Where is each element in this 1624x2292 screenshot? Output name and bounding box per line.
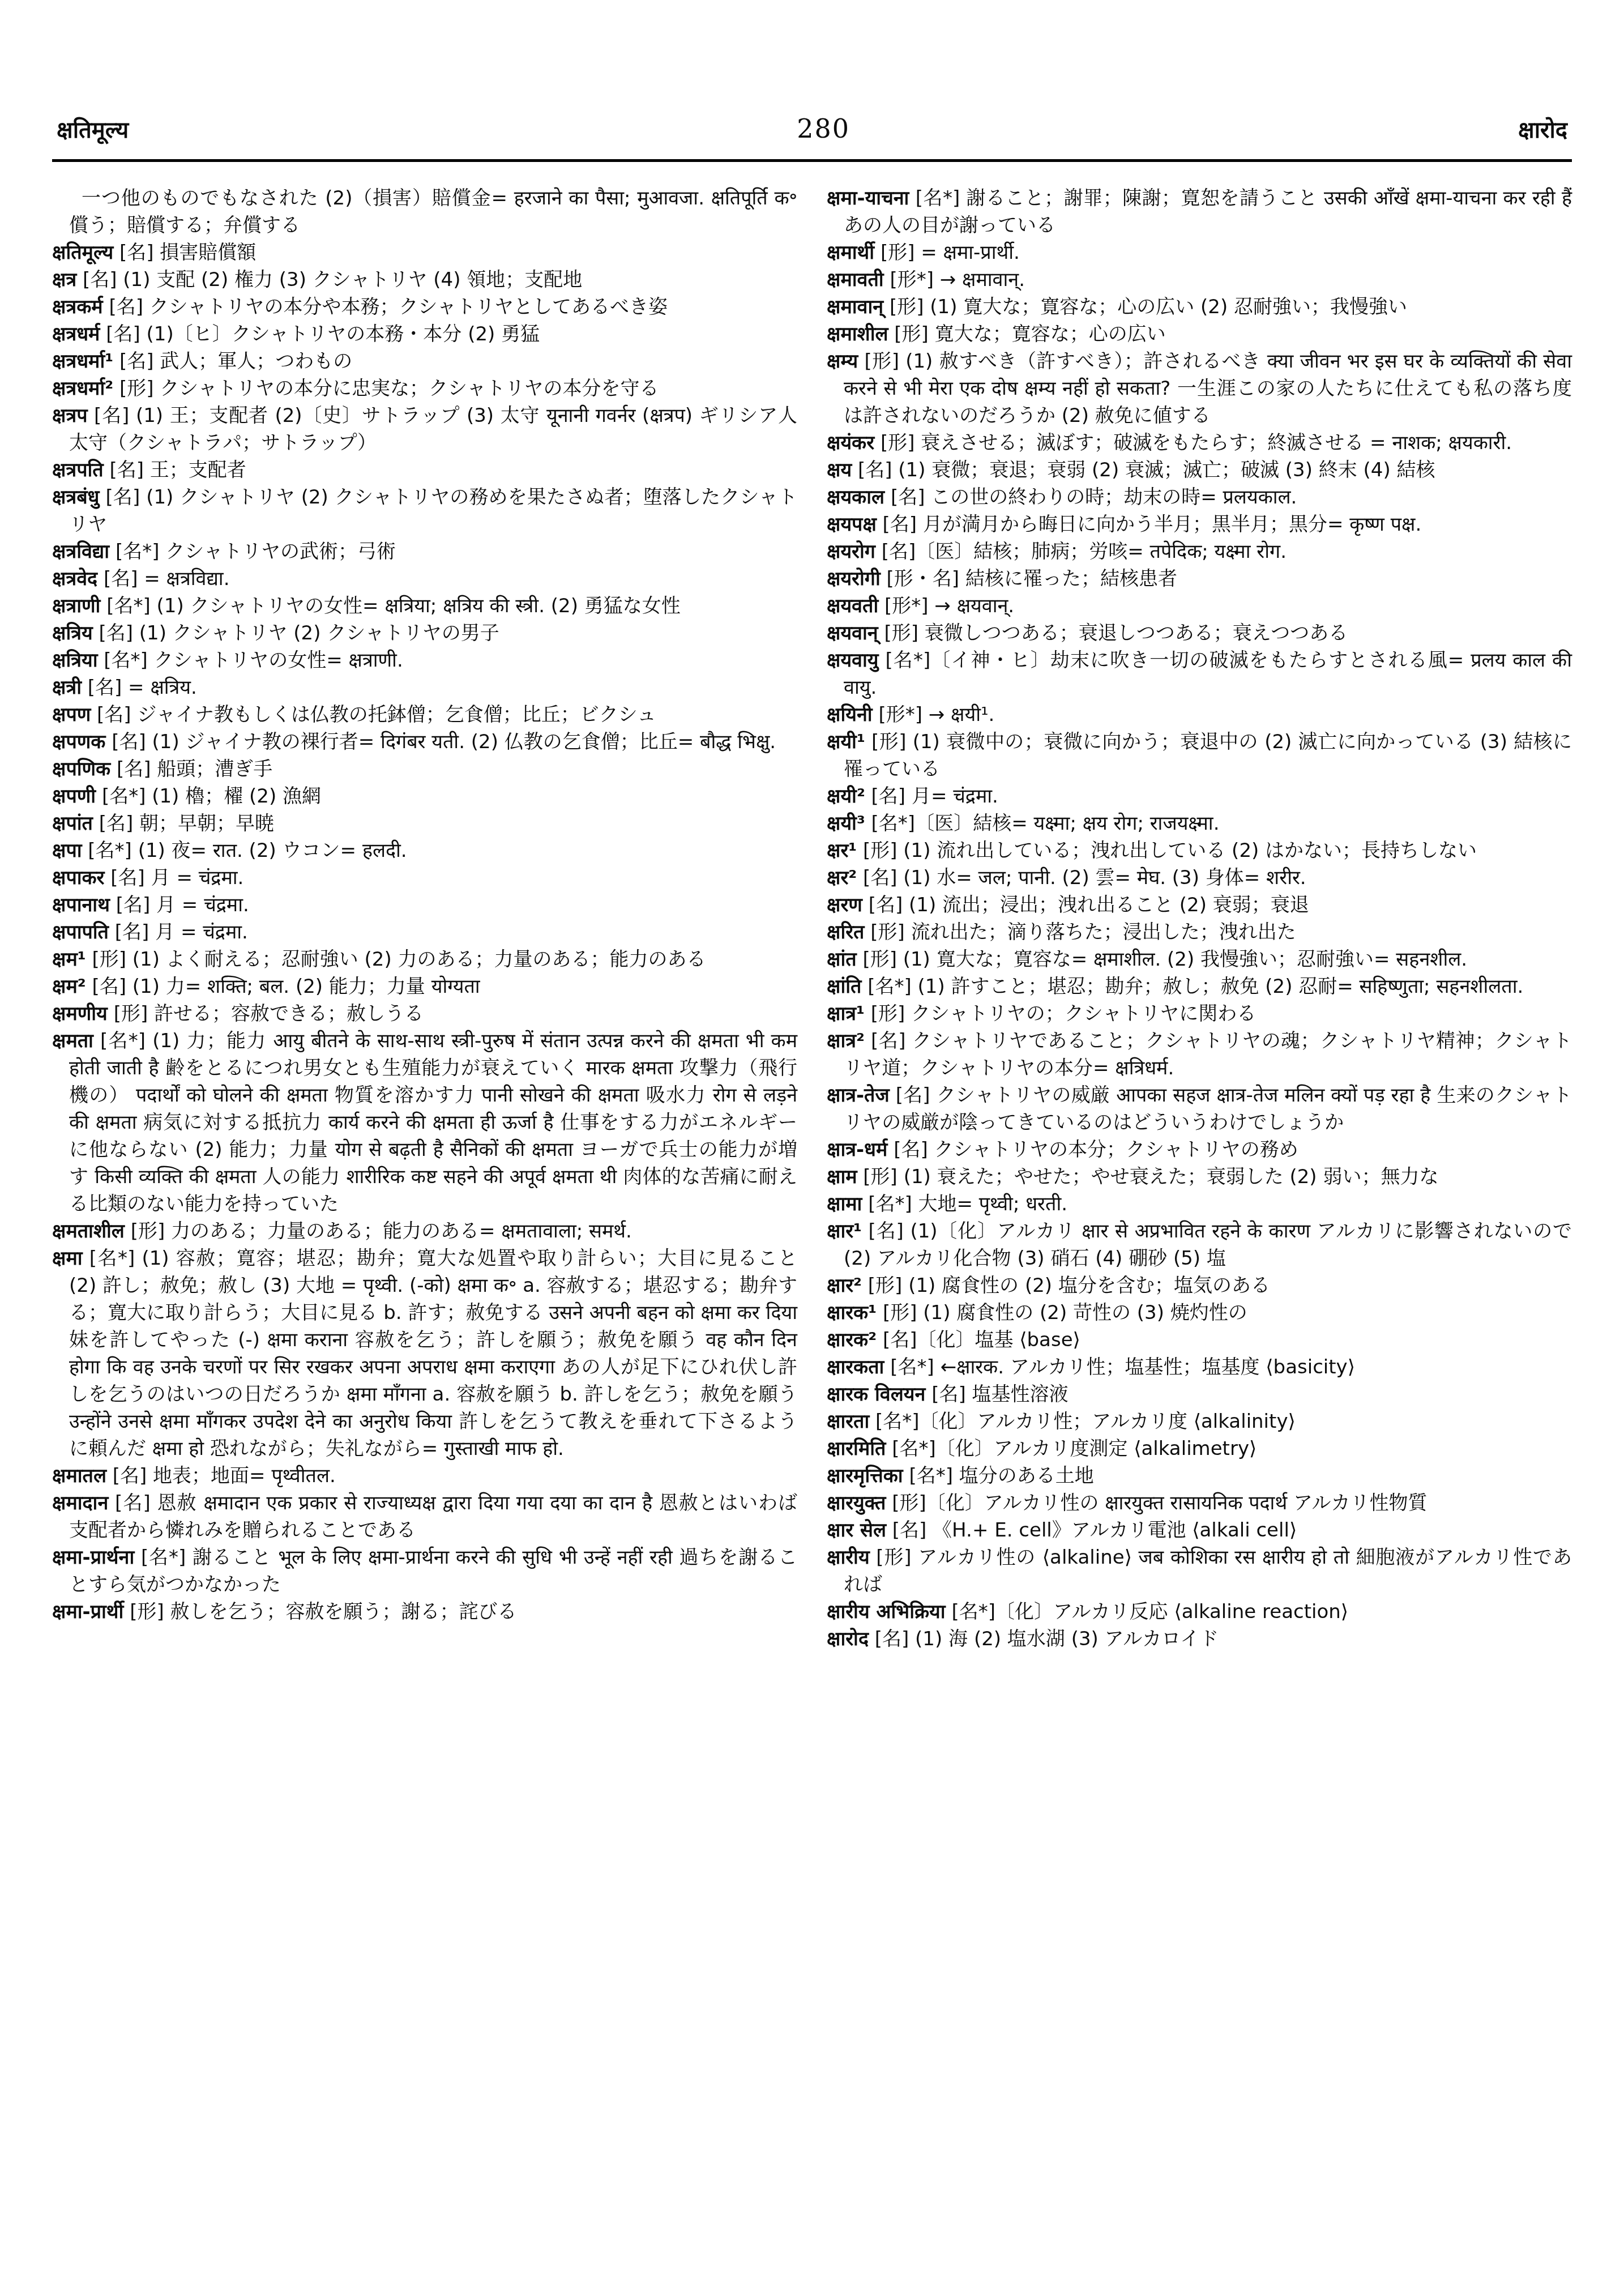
entry-headword: क्षयी² xyxy=(827,785,865,808)
entry-headword: क्षत्रप xyxy=(52,404,87,427)
entry-body: [名] (1)〔化〕アルカリ क्षार से अप्रभावित रहने क… xyxy=(844,1220,1572,1270)
entry-headword: क्षत्रधर्मा² xyxy=(52,377,113,400)
guide-word-right: क्षारोद xyxy=(1518,113,1567,144)
dictionary-entry: क्षपा [名*] (1) 夜= रात. (2) ウコン= हलदी. xyxy=(52,837,797,864)
dictionary-entry: क्षारमिति [名*]〔化〕アルカリ度測定 ⟨alkalimetry⟩ xyxy=(827,1435,1572,1462)
entry-body: [形] (1) 衰えた；やせた；やせ衰えた；衰弱した (2) 弱い；無力な xyxy=(863,1166,1438,1188)
entry-body: [名] クシャトリヤの本分；クシャトリヤの務め xyxy=(894,1138,1298,1161)
entry-body: [名] クシャトリヤの威厳 आपका सहज क्षात्र-तेज मलिन … xyxy=(844,1084,1572,1134)
entry-body: [名] 船頭；漕ぎ手 xyxy=(117,758,272,780)
entry-body: [名] (1) 海 (2) 塩水湖 (3) アルカロイド xyxy=(875,1628,1219,1650)
entry-headword: क्षपांत xyxy=(52,812,93,835)
dictionary-entry: क्षयरोग [名]〔医〕結核；肺病；労咳= तपेदिक; यक्ष्मा … xyxy=(827,538,1572,565)
dictionary-entry: क्षयी³ [名*]〔医〕結核= यक्ष्मा; क्षय रोग; राज… xyxy=(827,810,1572,837)
dictionary-page: क्षतिमूल्य 280 क्षारोद 一つ他のものでもなされた (2)（… xyxy=(0,0,1624,2292)
entry-body: [形] アルカリ性の ⟨alkaline⟩ जब कोशिका रस क्षार… xyxy=(844,1546,1572,1596)
entry-body: [名] (1) クシャトリヤ (2) クシャトリヤの男子 xyxy=(99,622,499,645)
running-header: क्षतिमूल्य 280 क्षारोद xyxy=(52,0,1572,159)
entry-headword: क्षम¹ xyxy=(52,948,86,971)
dictionary-entry: क्षमता [名*] (1) 力；能力 आयु बीतने के साथ-सा… xyxy=(52,1027,797,1218)
dictionary-entry: क्षपापति [名] 月 = चंद्रमा. xyxy=(52,919,797,946)
entry-headword: क्षात्र-तेज xyxy=(827,1084,890,1107)
entry-body: [名] クシャトリヤであること；クシャトリヤの魂；クシャトリヤ精神；クシャトリヤ… xyxy=(844,1030,1572,1079)
entry-body: [名] ジャイナ教もしくは仏教の托鉢僧；乞食僧；比丘；ビクシュ xyxy=(97,703,656,726)
dictionary-entry: क्षम¹ [形] (1) よく耐える；忍耐強い (2) 力のある；力量のある；… xyxy=(52,946,797,973)
dictionary-entry: क्षत्रधर्म [名] (1)〔ヒ〕クシャトリヤの本務・本分 (2) 勇猛 xyxy=(52,321,797,348)
dictionary-entry: 一つ他のものでもなされた (2)（損害）賠償金= हरजाने का पैसा;… xyxy=(52,185,797,239)
dictionary-entry: क्षय [名] (1) 衰微；衰退；衰弱 (2) 衰滅；滅亡；破滅 (3) 終… xyxy=(827,456,1572,484)
dictionary-entry: क्षार¹ [名] (1)〔化〕アルカリ क्षार से अप्रभावित… xyxy=(827,1218,1572,1272)
dictionary-entry: क्षमावान् [形] (1) 寛大な；寛容な；心の広い (2) 忍耐強い；… xyxy=(827,293,1572,321)
dictionary-entry: क्षामा [名*] 大地= पृथ्वी; धरती. xyxy=(827,1190,1572,1218)
entry-headword: क्षमा xyxy=(52,1247,83,1270)
dictionary-entry: क्षमावती [形*] → क्षमावान्. xyxy=(827,266,1572,293)
entry-body: [名] = क्षत्रविद्या. xyxy=(104,567,230,590)
entry-headword: क्षयकाल xyxy=(827,486,884,509)
entry-headword: क्षमातल xyxy=(52,1465,106,1487)
entry-body: [名*] クシャトリヤの女性= क्षत्राणी. xyxy=(104,649,403,672)
entry-headword: क्षारकता xyxy=(827,1356,884,1378)
dictionary-entry: क्षत्रविद्या [名*] クシャトリヤの武術；弓術 xyxy=(52,538,797,565)
entry-headword: क्षत्रधर्मा¹ xyxy=(52,350,113,373)
entry-body: [形] = क्षमा-प्रार्थी. xyxy=(881,241,1020,264)
entry-headword: क्षयरोगी xyxy=(827,567,881,590)
dictionary-entry: क्षर² [名] (1) 水= जल; पानी. (2) 雲= मेघ. (… xyxy=(827,864,1572,891)
entry-body: [名] (1)〔ヒ〕クシャトリヤの本務・本分 (2) 勇猛 xyxy=(106,323,540,345)
entry-body: [形] (1) 衰微中の；衰微に向かう；衰退中の (2) 滅亡に向かっている (… xyxy=(844,731,1572,780)
entry-body: [名] (1) 王；支配者 (2)〔史〕サトラップ (3) 太守 यूनानी … xyxy=(69,404,797,454)
entry-headword: क्षात्र² xyxy=(827,1030,865,1052)
dictionary-entry: क्षत्रधर्मा¹ [名] 武人；軍人；つわもの xyxy=(52,348,797,375)
dictionary-entry: क्षत्रवेद [名] = क्षत्रविद्या. xyxy=(52,565,797,592)
entry-headword: क्षय xyxy=(827,459,852,481)
entry-body: [形] (1) 寛大な；寛容な；心の広い (2) 忍耐強い；我慢強い xyxy=(890,296,1407,318)
right-column: क्षमा-याचना [名*] 謝ること；謝罪；陳謝；寛恕を請うこと उसकी… xyxy=(827,185,1572,1653)
entry-headword: क्षयवायु xyxy=(827,649,879,672)
entry-body: [名] 月= चंद्रमा. xyxy=(871,785,998,808)
entry-headword: क्षर¹ xyxy=(827,839,857,862)
entry-headword: क्षारक विलयन xyxy=(827,1383,925,1406)
entry-headword: क्षयरोग xyxy=(827,540,875,563)
entry-headword: क्षत्रविद्या xyxy=(52,540,109,563)
dictionary-entry: क्षत्रपति [名] 王；支配者 xyxy=(52,456,797,484)
entry-headword: क्षमा-प्रार्थी xyxy=(52,1600,123,1623)
dictionary-entry: क्षात्र² [名] クシャトリヤであること；クシャトリヤの魂；クシャトリヤ… xyxy=(827,1027,1572,1082)
entry-body: [形] クシャトリヤの本分に忠実な；クシャトリヤの本分を守る xyxy=(119,377,659,400)
entry-headword: क्षयवती xyxy=(827,595,878,617)
entry-headword: क्षारक² xyxy=(827,1329,877,1351)
entry-headword: क्षपण xyxy=(52,703,91,726)
entry-headword: क्षम² xyxy=(52,975,86,998)
entry-headword: क्षारता xyxy=(827,1410,869,1433)
entry-headword: क्षारीय xyxy=(827,1546,870,1569)
entry-body: [形] 衰えさせる；滅ぼす；破滅をもたらす；終滅させる = नाशक; क्षय… xyxy=(881,432,1512,454)
dictionary-entry: क्षत्राणी [名*] (1) クシャトリヤの女性= क्षत्रिया;… xyxy=(52,592,797,620)
dictionary-entry: क्षपणी [名*] (1) 櫓；櫂 (2) 漁網 xyxy=(52,783,797,810)
entry-body: [名] (1) 支配 (2) 権力 (3) クシャトリヤ (4) 領地；支配地 xyxy=(83,268,582,291)
dictionary-entry: क्षपण [名] ジャイナ教もしくは仏教の托鉢僧；乞食僧；比丘；ビクシュ xyxy=(52,701,797,728)
entry-body: [形] (1) 赦すべき（許すべき）；許されるべき क्या जीवन भर इ… xyxy=(844,350,1572,427)
entry-headword: क्षार¹ xyxy=(827,1220,862,1243)
entry-body: [名] 地表；地面= पृथ्वीतल. xyxy=(113,1465,336,1487)
entry-body: [形]〔化〕アルカリ性の क्षारयुक्त रासायनिक पदार्थ … xyxy=(892,1492,1427,1514)
entry-body: [名] 恩赦 क्षमादान एक प्रकार से राज्याध्यक्… xyxy=(69,1492,797,1542)
left-column: 一つ他のものでもなされた (2)（損害）賠償金= हरजाने का पैसा;… xyxy=(52,185,797,1653)
entry-headword: क्षाम xyxy=(827,1166,857,1188)
entry-body: [形] 寛大な；寛容な；心の広い xyxy=(894,323,1165,345)
entry-headword: क्षमावती xyxy=(827,268,884,291)
dictionary-entry: क्षत्रिय [名] (1) クシャトリヤ (2) クシャトリヤの男子 xyxy=(52,620,797,647)
dictionary-entry: क्षमाशील [形] 寛大な；寛容な；心の広い xyxy=(827,321,1572,348)
entry-headword: क्षमणीय xyxy=(52,1002,108,1025)
dictionary-entry: क्षपानाथ [名] 月 = चंद्रमा. xyxy=(52,891,797,919)
dictionary-entry: क्षपणक [名] (1) ジャイナ教の裸行者= दिगंबर यती. (2… xyxy=(52,728,797,756)
entry-headword: क्षत्रिय xyxy=(52,622,93,645)
entry-headword: क्षमादान xyxy=(52,1492,108,1514)
entry-body: [名] 月 = चंद्रमा. xyxy=(110,867,243,889)
entry-headword: क्षर² xyxy=(827,867,857,889)
dictionary-entry: क्षयवती [形*] → क्षयवान्. xyxy=(827,592,1572,620)
dictionary-entry: क्षारयुक्त [形]〔化〕アルカリ性の क्षारयुक्त रासाय… xyxy=(827,1489,1572,1517)
entry-body: [形*] → क्षयवान्. xyxy=(884,595,1014,617)
guide-word-left: क्षतिमूल्य xyxy=(57,113,129,144)
entry-body: [形] (1) 腐食性の (2) 塩分を含む；塩気のある xyxy=(868,1274,1270,1297)
dictionary-entry: क्षमार्थी [形] = क्षमा-प्रार्थी. xyxy=(827,239,1572,266)
entry-headword: क्षयी³ xyxy=(827,812,865,835)
entry-body: [名] 《H.+ E. cell》アルカリ電池 ⟨alkali cell⟩ xyxy=(892,1519,1297,1542)
dictionary-entry: क्षपणिक [名] 船頭；漕ぎ手 xyxy=(52,756,797,783)
dictionary-entry: क्षयरोगी [形・名] 結核に罹った；結核患者 xyxy=(827,565,1572,592)
entry-headword: क्षारोद xyxy=(827,1628,869,1650)
dictionary-entry: क्षारता [名*]〔化〕アルカリ性；アルカリ度 ⟨alkalinity⟩ xyxy=(827,1408,1572,1435)
entry-body: [名*]〔化〕アルカリ性；アルカリ度 ⟨alkalinity⟩ xyxy=(875,1410,1296,1433)
dictionary-entry: क्षमताशील [形] 力のある；力量のある；能力のある= क्षमतावा… xyxy=(52,1218,797,1245)
entry-headword: क्षत्रपति xyxy=(52,459,104,481)
entry-body: [名] (1) 力= शक्ति; बल. (2) 能力；力量 योग्यता xyxy=(92,975,480,998)
entry-body: [名] 朝；早朝；早暁 xyxy=(99,812,274,835)
entry-body: [名*] 塩分のある土地 xyxy=(909,1465,1093,1487)
entry-body: [名*] (1) 櫓；櫂 (2) 漁網 xyxy=(102,785,321,808)
dictionary-entry: क्षयिनी [形*] → क्षयी¹. xyxy=(827,701,1572,728)
entry-headword: क्षत्रबंधु xyxy=(52,486,99,509)
entry-headword: क्षमता xyxy=(52,1030,93,1052)
dictionary-entry: क्षारमृत्तिका [名*] 塩分のある土地 xyxy=(827,1462,1572,1489)
entry-body: [名] (1) 流出；浸出；洩れ出ること (2) 衰弱；衰退 xyxy=(869,894,1309,916)
entry-headword: क्षारीय अभिक्रिया xyxy=(827,1600,946,1623)
entry-body: [形] 赦しを乞う；容赦を願う；謝る；詫びる xyxy=(130,1600,516,1623)
dictionary-entry: क्षार² [形] (1) 腐食性の (2) 塩分を含む；塩気のある xyxy=(827,1272,1572,1299)
dictionary-entry: क्षारक² [名]〔化〕塩基 ⟨base⟩ xyxy=(827,1326,1572,1354)
entry-headword: क्षपणी xyxy=(52,785,96,808)
dictionary-entry: क्षत्री [名] = क्षत्रिय. xyxy=(52,674,797,701)
entry-body: [形] (1) 流れ出している；洩れ出している (2) はかない；長持ちしない xyxy=(863,839,1477,862)
entry-headword: क्षम्य xyxy=(827,350,858,373)
entry-headword: क्षयी¹ xyxy=(827,731,865,753)
entry-body: [名] 塩基性溶液 xyxy=(931,1383,1068,1406)
dictionary-entry: क्षारोद [名] (1) 海 (2) 塩水湖 (3) アルカロイド xyxy=(827,1625,1572,1653)
entry-body: [名*]〔化〕アルカリ反応 ⟨alkaline reaction⟩ xyxy=(951,1600,1348,1623)
entry-headword: क्षारमृत्तिका xyxy=(827,1465,903,1487)
entry-body: [名] (1) 衰微；衰退；衰弱 (2) 衰滅；滅亡；破滅 (3) 終末 (4)… xyxy=(858,459,1435,481)
entry-headword: क्षपणिक xyxy=(52,758,110,780)
entry-headword: क्षयंकर xyxy=(827,432,874,454)
entry-headword: क्षपापति xyxy=(52,921,109,944)
dictionary-entry: क्षात्र-तेज [名] クシャトリヤの威厳 आपका सहज क्षात… xyxy=(827,1082,1572,1136)
dictionary-entry: क्षत्रिया [名*] クシャトリヤの女性= क्षत्राणी. xyxy=(52,647,797,674)
dictionary-entry: क्षयंकर [形] 衰えさせる；滅ぼす；破滅をもたらす；終滅させる = ना… xyxy=(827,429,1572,456)
dictionary-entry: क्षार सेल [名] 《H.+ E. cell》アルカリ電池 ⟨alkal… xyxy=(827,1517,1572,1544)
entry-body: [形] 衰微しつつある；衰退しつつある；衰えつつある xyxy=(884,622,1348,645)
entry-body: [名] (1) ジャイナ教の裸行者= दिगंबर यती. (2) 仏教の乞食… xyxy=(112,731,776,753)
entry-body: [名] (1) クシャトリヤ (2) クシャトリヤの務めを果たさぬ者；堕落したク… xyxy=(69,486,797,536)
dictionary-entry: क्षयकाल [名] この世の終わりの時；劫末の時= प्रलयकाल. xyxy=(827,484,1572,511)
entry-body: [形] クシャトリヤの；クシャトリヤに関わる xyxy=(871,1002,1257,1025)
entry-body: [形] 力のある；力量のある；能力のある= क्षमतावाला; समर्थ. xyxy=(131,1220,632,1243)
entry-headword: क्षार² xyxy=(827,1274,862,1297)
page-number: 280 xyxy=(797,113,850,144)
dictionary-entry: क्षमा [名*] (1) 容赦；寛容；堪忍；勘弁；寛大な処置や取り計らい；大… xyxy=(52,1245,797,1462)
entry-body: [形*] → क्षयी¹. xyxy=(878,703,994,726)
dictionary-entry: क्षरित [形] 流れ出た；滴り落ちた；浸出した；洩れ出た xyxy=(827,919,1572,946)
entry-headword: क्षारक¹ xyxy=(827,1301,877,1324)
dictionary-entry: क्षमा-याचना [名*] 謝ること；謝罪；陳謝；寛恕を請うこと उसकी… xyxy=(827,185,1572,239)
entry-headword: क्षारयुक्त xyxy=(827,1492,886,1514)
dictionary-entry: क्षात्र-धर्म [名] クシャトリヤの本分；クシャトリヤの務め xyxy=(827,1136,1572,1163)
entry-headword: क्षार सेल xyxy=(827,1519,886,1542)
entry-body: [名*] (1) クシャトリヤの女性= क्षत्रिया; क्षत्रिय … xyxy=(106,595,681,617)
entry-body: [名*]〔医〕結核= यक्ष्मा; क्षय रोग; राजयक्ष्मा… xyxy=(871,812,1220,835)
entry-headword: क्षत्रकर्म xyxy=(52,296,103,318)
entry-headword: क्षांति xyxy=(827,975,861,998)
entry-headword: क्षात्र-धर्म xyxy=(827,1138,887,1161)
entry-headword: क्षत्रिया xyxy=(52,649,97,672)
entry-body: [名] この世の終わりの時；劫末の時= प्रलयकाल. xyxy=(891,486,1297,509)
dictionary-entry: क्षपांत [名] 朝；早朝；早暁 xyxy=(52,810,797,837)
header-rule xyxy=(52,159,1572,162)
entry-headword: क्षमा-याचना xyxy=(827,187,909,210)
entry-body: [名] 損害賠償額 xyxy=(119,241,256,264)
entry-headword: क्षत्री xyxy=(52,676,82,699)
entry-headword: क्षयिनी xyxy=(827,703,873,726)
entry-body: [名*]〔イ神・ヒ〕劫末に吹き一切の破滅をもたらすとされる風= प्रलय का… xyxy=(844,649,1572,699)
dictionary-entry: क्षत्रबंधु [名] (1) クシャトリヤ (2) クシャトリヤの務めを… xyxy=(52,484,797,538)
dictionary-entry: क्षमणीय [形] 許せる；容赦できる；赦しうる xyxy=(52,1000,797,1027)
entry-headword: क्षमावान् xyxy=(827,296,883,318)
entry-body: [形*] → क्षमावान्. xyxy=(890,268,1025,291)
entry-headword: क्षपा xyxy=(52,839,82,862)
entry-body: [名]〔化〕塩基 ⟨base⟩ xyxy=(883,1329,1080,1351)
entry-body: [形] (1) よく耐える；忍耐強い (2) 力のある；力量のある；能力のある xyxy=(92,948,706,971)
entry-headword: क्षत्रधर्म xyxy=(52,323,100,345)
entry-body: [名] 武人；軍人；つわもの xyxy=(119,350,352,373)
entry-headword: क्षपानाथ xyxy=(52,894,110,916)
entry-body: [名*]〔化〕アルカリ度測定 ⟨alkalimetry⟩ xyxy=(892,1437,1257,1460)
entry-headword: क्षपणक xyxy=(52,731,105,753)
dictionary-entry: क्षयी¹ [形] (1) 衰微中の；衰微に向かう；衰退中の (2) 滅亡に向… xyxy=(827,728,1572,783)
dictionary-entry: क्षत्रधर्मा² [形] クシャトリヤの本分に忠実な；クシャトリヤの本分… xyxy=(52,375,797,402)
dictionary-entry: क्षात्र¹ [形] クシャトリヤの；クシャトリヤに関わる xyxy=(827,1000,1572,1027)
entry-body: [名] 月が満月から晦日に向かう半月；黒半月；黒分= कृष्ण पक्ष. xyxy=(883,513,1422,536)
entry-body: [名] (1) 水= जल; पानी. (2) 雲= मेघ. (3) 身体=… xyxy=(863,867,1306,889)
entry-body: [形] 許せる；容赦できる；赦しうる xyxy=(114,1002,424,1025)
dictionary-entry: क्षमा-प्रार्थना [名*] 謝ること भूल के लिए क्ष… xyxy=(52,1544,797,1598)
dictionary-entry: क्षारक विलयन [名] 塩基性溶液 xyxy=(827,1381,1572,1408)
entry-headword: क्षत्राणी xyxy=(52,595,100,617)
entry-headword: क्षात्र¹ xyxy=(827,1002,865,1025)
entry-body: [名*] (1) 力；能力 आयु बीतने के साथ-साथ स्त्र… xyxy=(69,1030,797,1215)
dictionary-entry: क्षारीय [形] アルカリ性の ⟨alkaline⟩ जब कोशिका … xyxy=(827,1544,1572,1598)
dictionary-entry: क्षत्रकर्म [名] クシャトリヤの本分や本務；クシャトリヤとしてあるべ… xyxy=(52,293,797,321)
entry-headword: क्षारमिति xyxy=(827,1437,886,1460)
dictionary-entry: क्षांत [形] (1) 寛大な；寛容な= क्षमाशील. (2) 我慢… xyxy=(827,946,1572,973)
entry-body: [名*] (1) 容赦；寛容；堪忍；勘弁；寛大な処置や取り計らい；大目に見ること… xyxy=(69,1247,797,1460)
entry-body: [名*] 謝ること भूल के लिए क्षमा-प्रार्थना करन… xyxy=(69,1546,797,1596)
entry-body: [名*] クシャトリヤの武術；弓術 xyxy=(116,540,396,563)
dictionary-entry: क्षांति [名*] (1) 許すこと；堪忍；勘弁；赦し；赦免 (2) 忍耐… xyxy=(827,973,1572,1000)
entry-body: [形] (1) 腐食性の (2) 苛性の (3) 焼灼性の xyxy=(883,1301,1247,1324)
dictionary-entry: क्षमातल [名] 地表；地面= पृथ्वीतल. xyxy=(52,1462,797,1489)
entry-headword: क्षयपक्ष xyxy=(827,513,877,536)
entry-body: [名*] 謝ること；謝罪；陳謝；寛恕を請うこと उसकी आँखें क्षमा… xyxy=(844,187,1572,237)
entry-headword: क्षत्रवेद xyxy=(52,567,97,590)
entry-headword: क्षरित xyxy=(827,921,864,944)
dictionary-entry: क्षपाकर [名] 月 = चंद्रमा. xyxy=(52,864,797,891)
entry-body: [名]〔医〕結核；肺病；労咳= तपेदिक; यक्ष्मा रोग. xyxy=(882,540,1287,563)
entry-body: [名] = क्षत्रिय. xyxy=(88,676,197,699)
dictionary-entry: क्षाम [形] (1) 衰えた；やせた；やせ衰えた；衰弱した (2) 弱い；… xyxy=(827,1163,1572,1190)
dictionary-entry: क्षरण [名] (1) 流出；浸出；洩れ出ること (2) 衰弱；衰退 xyxy=(827,891,1572,919)
entry-body: [名*] ←क्षारक. アルカリ性；塩基性；塩基度 ⟨basicity⟩ xyxy=(890,1356,1355,1378)
dictionary-entry: क्षारक¹ [形] (1) 腐食性の (2) 苛性の (3) 焼灼性の xyxy=(827,1299,1572,1326)
dictionary-entry: क्षारीय अभिक्रिया [名*]〔化〕アルカリ反応 ⟨alkalin… xyxy=(827,1598,1572,1625)
entry-headword: क्षरण xyxy=(827,894,862,916)
entry-body: 一つ他のものでもなされた (2)（損害）賠償金= हरजाने का पैसा;… xyxy=(69,187,797,237)
dictionary-entry: क्षयवायु [名*]〔イ神・ヒ〕劫末に吹き一切の破滅をもたらすとされる風=… xyxy=(827,647,1572,701)
entry-headword: क्षमार्थी xyxy=(827,241,874,264)
entry-body: [形] 流れ出た；滴り落ちた；浸出した；洩れ出た xyxy=(870,921,1296,944)
entry-headword: क्षत्र xyxy=(52,268,76,291)
entry-body: [名*] (1) 夜= रात. (2) ウコン= हलदी. xyxy=(88,839,407,862)
text-columns: 一つ他のものでもなされた (2)（損害）賠償金= हरजाने का पैसा;… xyxy=(52,185,1572,1653)
dictionary-entry: क्षयी² [名] 月= चंद्रमा. xyxy=(827,783,1572,810)
entry-body: [名*] 大地= पृथ्वी; धरती. xyxy=(868,1193,1067,1215)
dictionary-entry: क्षयपक्ष [名] 月が満月から晦日に向かう半月；黒半月；黒分= कृष्… xyxy=(827,511,1572,538)
entry-body: [名] クシャトリヤの本分や本務；クシャトリヤとしてあるべき姿 xyxy=(109,296,668,318)
dictionary-entry: क्षत्रप [名] (1) 王；支配者 (2)〔史〕サトラップ (3) 太守… xyxy=(52,402,797,456)
entry-headword: क्षतिमूल्य xyxy=(52,241,113,264)
entry-body: [形・名] 結核に罹った；結核患者 xyxy=(887,567,1177,590)
entry-body: [名] 月 = चंद्रमा. xyxy=(116,894,249,916)
entry-body: [名] 王；支配者 xyxy=(109,459,246,481)
dictionary-entry: क्षम² [名] (1) 力= शक्ति; बल. (2) 能力；力量 यो… xyxy=(52,973,797,1000)
entry-body: [名] 月 = चंद्रमा. xyxy=(115,921,248,944)
entry-headword: क्षमा-प्रार्थना xyxy=(52,1546,134,1569)
dictionary-entry: क्षम्य [形] (1) 赦すべき（許すべき）；許されるべき क्या जी… xyxy=(827,348,1572,429)
entry-body: [名*] (1) 許すこと；堪忍；勘弁；赦し；赦免 (2) 忍耐= सहिष्ण… xyxy=(867,975,1523,998)
entry-headword: क्षामा xyxy=(827,1193,862,1215)
dictionary-entry: क्षमा-प्रार्थी [形] 赦しを乞う；容赦を願う；謝る；詫びる xyxy=(52,1598,797,1625)
dictionary-entry: क्षमादान [名] 恩赦 क्षमादान एक प्रकार से रा… xyxy=(52,1489,797,1544)
dictionary-entry: क्षयवान् [形] 衰微しつつある；衰退しつつある；衰えつつある xyxy=(827,620,1572,647)
entry-headword: क्षमाशील xyxy=(827,323,888,345)
dictionary-entry: क्षतिमूल्य [名] 損害賠償額 xyxy=(52,239,797,266)
entry-body: [形] (1) 寛大な；寛容な= क्षमाशील. (2) 我慢強い；忍耐強い… xyxy=(862,948,1467,971)
entry-headword: क्षपाकर xyxy=(52,867,105,889)
dictionary-entry: क्षर¹ [形] (1) 流れ出している；洩れ出している (2) はかない；長… xyxy=(827,837,1572,864)
entry-headword: क्षमताशील xyxy=(52,1220,125,1243)
entry-headword: क्षयवान् xyxy=(827,622,878,645)
dictionary-entry: क्षारकता [名*] ←क्षारक. アルカリ性；塩基性；塩基度 ⟨ba… xyxy=(827,1354,1572,1381)
entry-headword: क्षांत xyxy=(827,948,857,971)
dictionary-entry: क्षत्र [名] (1) 支配 (2) 権力 (3) クシャトリヤ (4) … xyxy=(52,266,797,293)
